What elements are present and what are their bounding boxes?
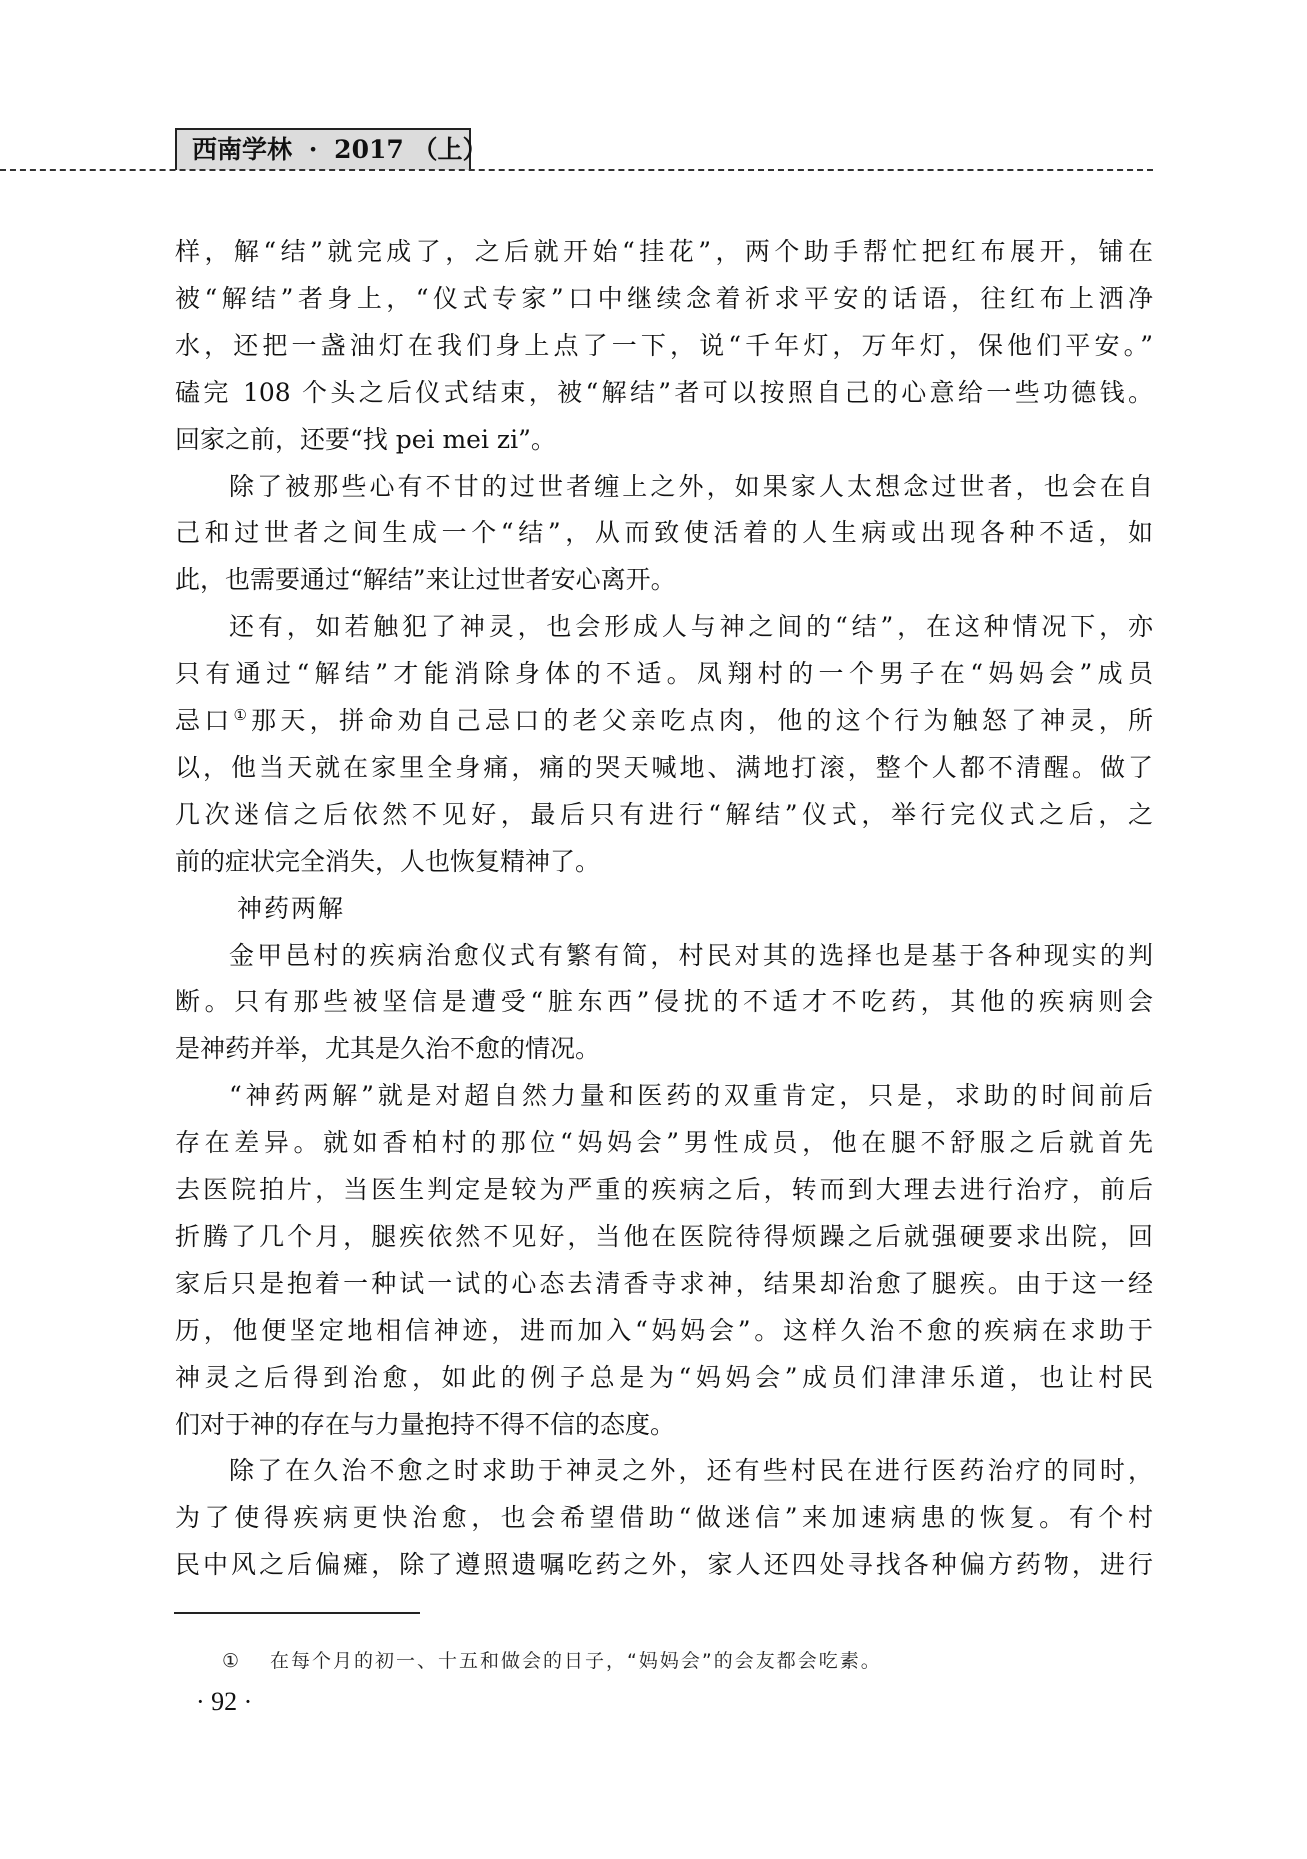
body-line: 除了在久治不愈之时求助于神灵之外，还有些村民在进行医药治疗的同时，: [175, 1448, 1153, 1494]
head-separator: ·: [309, 135, 318, 164]
body-line: 几次迷信之后依然不见好，最后只有进行“解结”仪式，举行完仪式之后，之: [175, 792, 1153, 838]
footnote: ①在每个月的初一、十五和做会的日子，“妈妈会”的会友都会吃素。: [222, 1645, 882, 1677]
body-line: 历，他便坚定地相信神迹，进而加入“妈妈会”。这样久治不愈的疾病在求助于: [175, 1308, 1153, 1354]
body-line: 存在差异。就如香柏村的那位“妈妈会”男性成员，他在腿不舒服之后就首先: [175, 1120, 1153, 1166]
body-line: 样，解“结”就完成了，之后就开始“挂花”，两个助手帮忙把红布展开，铺在: [175, 229, 1153, 275]
body-line: 被“解结”者身上，“仪式专家”口中继续念着祈求平安的话语，往红布上洒净: [175, 276, 1153, 322]
body-line: 还有，如若触犯了神灵，也会形成人与神之间的“结”，在这种情况下，亦: [175, 604, 1153, 650]
body-line: 磕完 108 个头之后仪式结束，被“解结”者可以按照自己的心意给一些功德钱。: [175, 370, 1153, 416]
page-number: · 92 ·: [196, 1684, 252, 1720]
body-line: 是神药并举，尤其是久治不愈的情况。: [175, 1026, 1153, 1072]
document-page: 西南学林 · 2017 （上） 样，解“结”就完成了，之后就开始“挂花”，两个助…: [0, 0, 1307, 1859]
section-heading: 神药两解: [175, 886, 1215, 932]
journal-title: 西南学林: [192, 135, 292, 164]
footnote-reference[interactable]: ①: [233, 706, 251, 724]
body-line: 只有通过“解结”才能消除身体的不适。凤翔村的一个男子在“妈妈会”成员: [175, 651, 1153, 697]
footnote-mark: ①: [222, 1645, 270, 1677]
body-line: 为了使得疾病更快治愈，也会希望借助“做迷信”来加速病患的恢复。有个村: [175, 1495, 1153, 1541]
body-line: 断。只有那些被坚信是遭受“脏东西”侵扰的不适才不吃药，其他的疾病则会: [175, 979, 1153, 1025]
line-text: 那天，拼命劝自己忌口的老父亲吃点肉，他的这个行为触怒了神灵，所: [251, 706, 1153, 735]
body-line: 折腾了几个月，腿疾依然不见好，当他在医院待得烦躁之后就强硬要求出院，回: [175, 1214, 1153, 1260]
body-line: 神灵之后得到治愈，如此的例子总是为“妈妈会”成员们津津乐道，也让村民: [175, 1355, 1153, 1401]
header-dashed-rule: [0, 169, 1153, 171]
journal-year: 2017: [334, 135, 404, 164]
body-line: “神药两解”就是对超自然力量和医药的双重肯定，只是，求助的时间前后: [175, 1073, 1153, 1119]
body-line: 以，他当天就在家里全身痛，痛的哭天喊地、满地打滚，整个人都不清醒。做了: [175, 745, 1153, 791]
footnote-text: 在每个月的初一、十五和做会的日子，“妈妈会”的会友都会吃素。: [270, 1650, 882, 1672]
body-line: 金甲邑村的疾病治愈仪式有繁有简，村民对其的选择也是基于各种现实的判: [175, 933, 1153, 979]
footnote-rule: [174, 1612, 420, 1614]
journal-volume: （上）: [412, 135, 487, 164]
running-head: 西南学林 · 2017 （上）: [175, 128, 471, 170]
body-line: 前的症状完全消失，人也恢复精神了。: [175, 839, 1153, 885]
body-line: 民中风之后偏瘫，除了遵照遗嘱吃药之外，家人还四处寻找各种偏方药物，进行: [175, 1542, 1153, 1588]
body-line: 水，还把一盏油灯在我们身上点了一下，说“千年灯，万年灯，保他们平安。”: [175, 323, 1153, 369]
body-line: 家后只是抱着一种试一试的心态去清香寺求神，结果却治愈了腿疾。由于这一经: [175, 1261, 1153, 1307]
body-line: 去医院拍片，当医生判定是较为严重的疾病之后，转而到大理去进行治疗，前后: [175, 1167, 1153, 1213]
body-line: 回家之前，还要“找 pei mei zi”。: [175, 417, 1153, 463]
line-text: 忌口: [175, 706, 233, 735]
body-line: 忌口①那天，拼命劝自己忌口的老父亲吃点肉，他的这个行为触怒了神灵，所: [175, 698, 1153, 744]
body-line: 们对于神的存在与力量抱持不得不信的态度。: [175, 1402, 1153, 1448]
body-line: 己和过世者之间生成一个“结”，从而致使活着的人生病或出现各种不适，如: [175, 510, 1153, 556]
body-line: 除了被那些心有不甘的过世者缠上之外，如果家人太想念过世者，也会在自: [175, 464, 1153, 510]
body-line: 此，也需要通过“解结”来让过世者安心离开。: [175, 557, 1153, 603]
